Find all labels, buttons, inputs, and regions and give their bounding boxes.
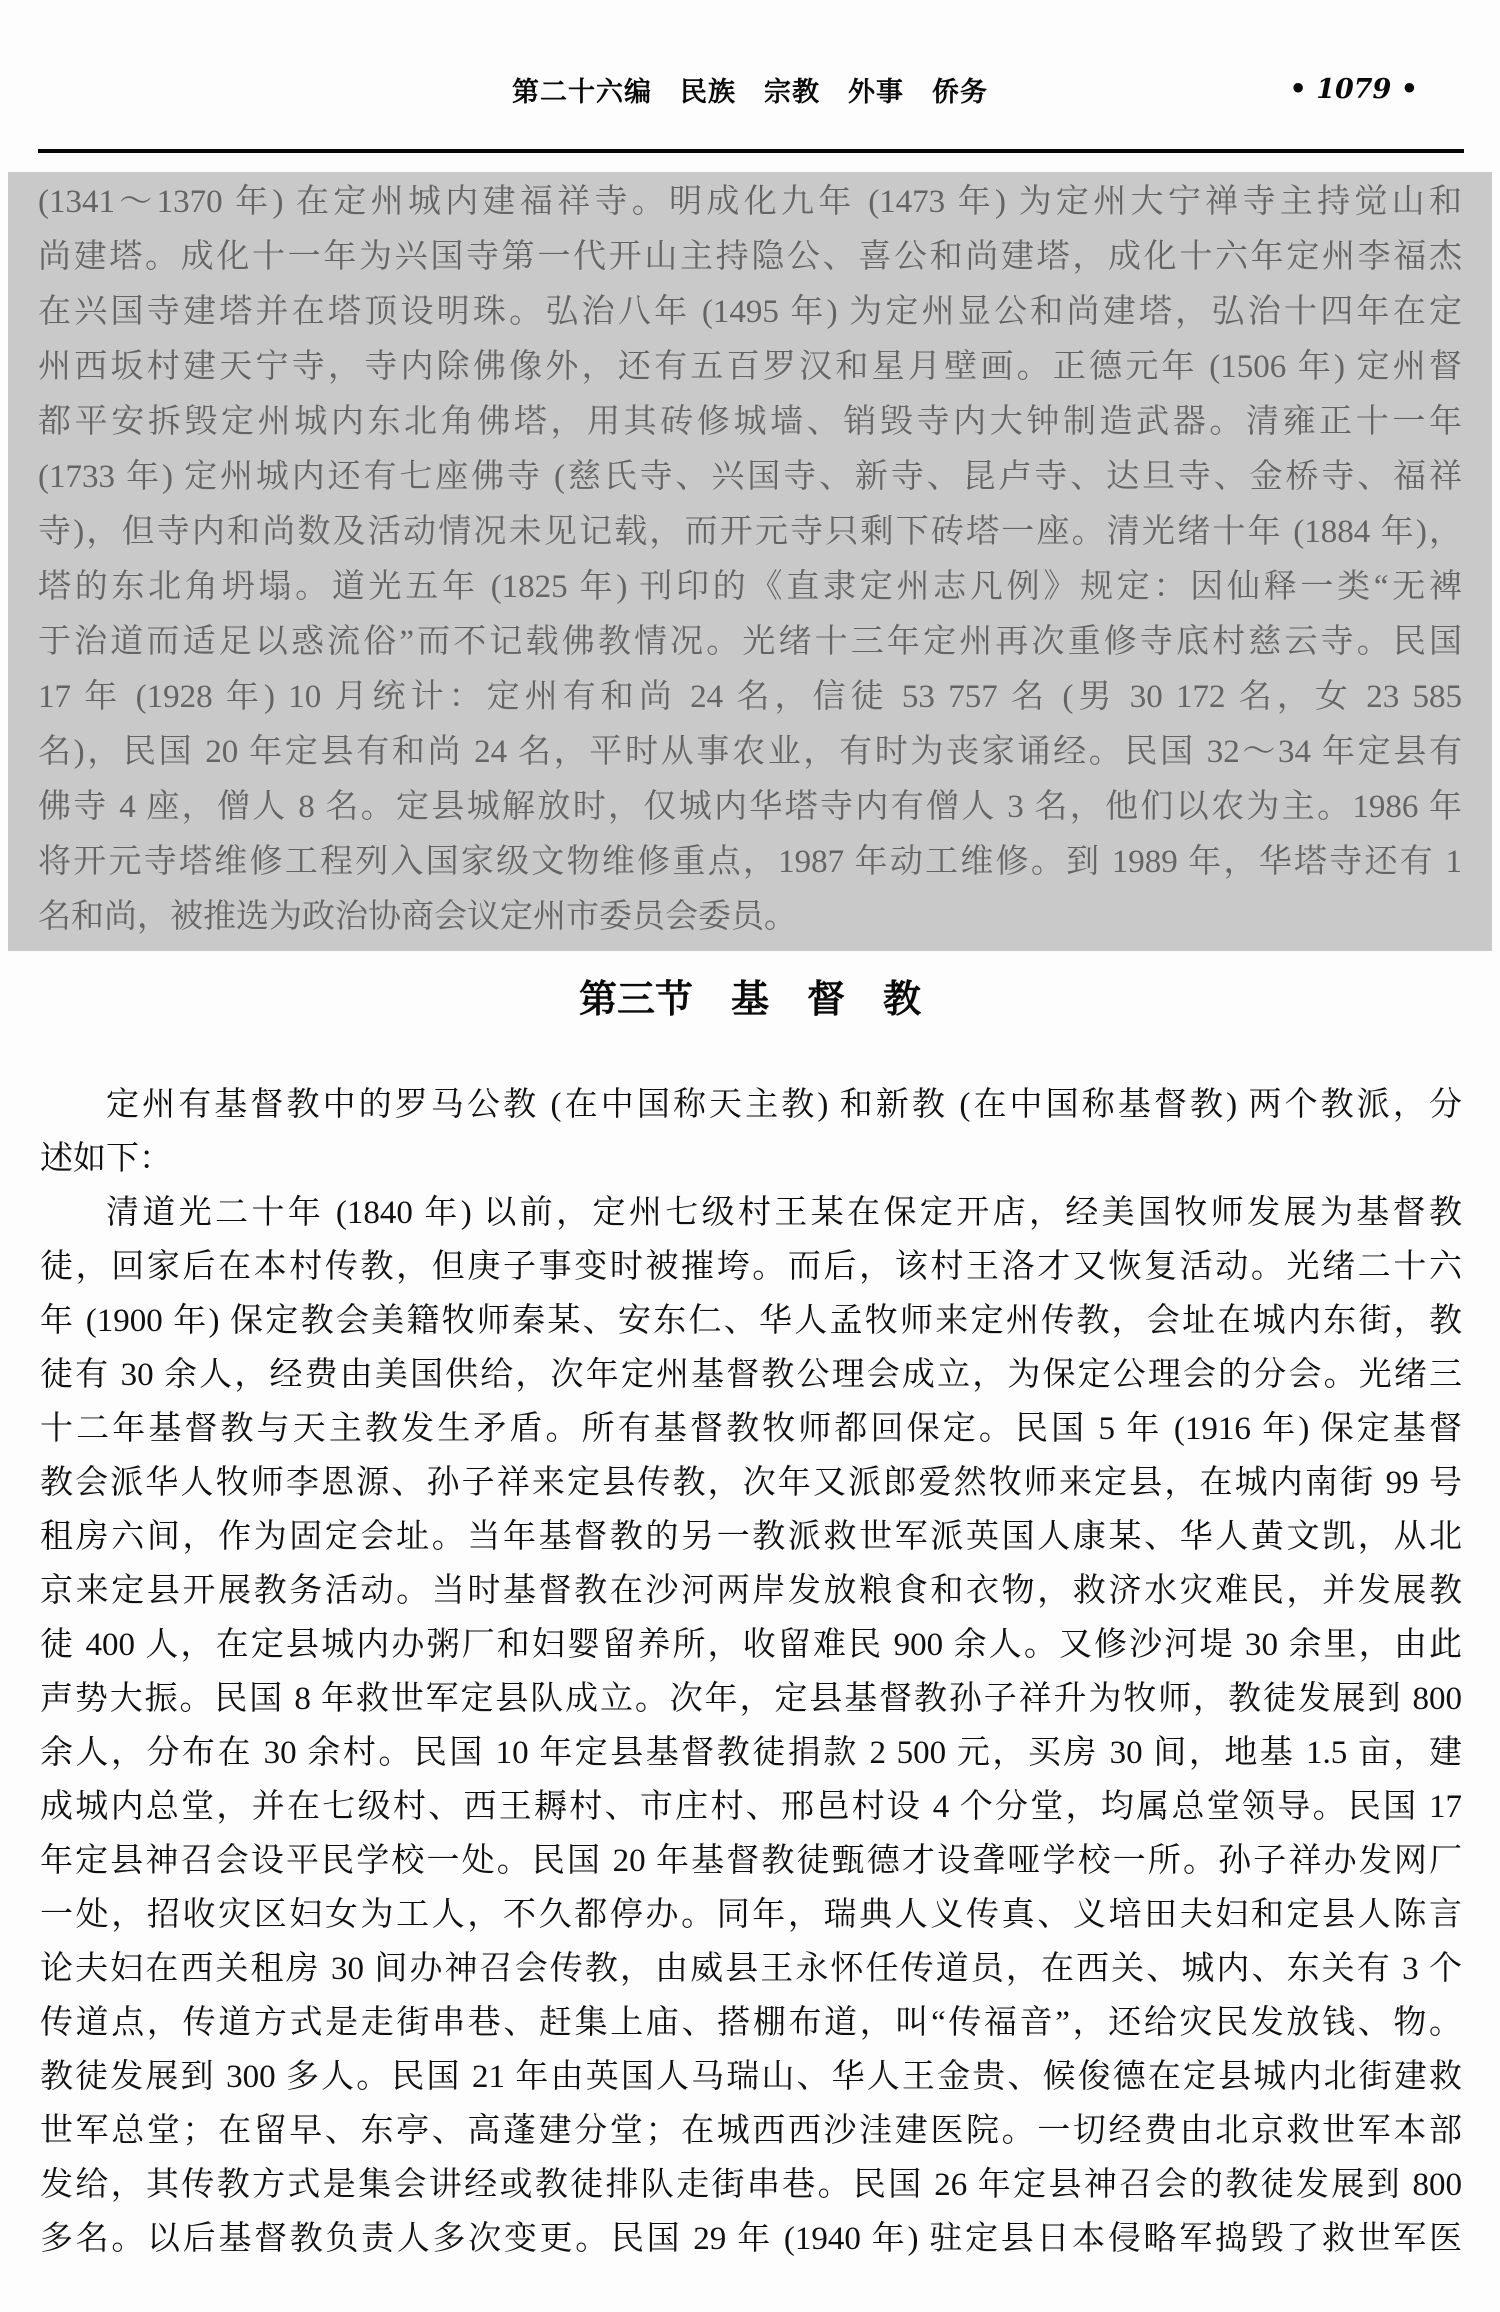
header-rule <box>38 149 1464 153</box>
paragraph-history: 清道光二十年 (1840 年) 以前，定州七级村王某在保定开店，经美国牧师发展为… <box>40 1186 1462 2266</box>
text-line: 寺)，但寺内和尚数及活动情况未见记载，而开元寺只剩下砖塔一座。清光绪十年 (18… <box>38 505 1462 560</box>
text-line: 十二年基督教与天主教发生矛盾。所有基督教牧师都回保定。民国 5 年 (1916 … <box>40 1402 1462 1456</box>
text-line: 一处，招收灾区妇女为工人，不久都停办。同年，瑞典人义传真、义培田夫妇和定县人陈言 <box>40 1888 1462 1942</box>
text-line: 述如下： <box>40 1132 1462 1186</box>
text-line: 徒，回家后在本村传教，但庚子事变时被摧垮。而后，该村王洛才又恢复活动。光绪二十六 <box>40 1240 1462 1294</box>
text-line: 世军总堂；在留早、东亭、高蓬建分堂；在城西西沙洼建医院。一切经费由北京救世军本部 <box>40 2104 1462 2158</box>
text-line: 尚建塔。成化十一年为兴国寺第一代开山主持隐公、喜公和尚建塔，成化十六年定州李福杰 <box>38 230 1462 285</box>
text-line: 17 年 (1928 年) 10 月统计：定州有和尚 24 名，信徒 53 75… <box>38 670 1462 725</box>
text-line: 徒有 30 余人，经费由美国供给，次年定州基督教公理会成立，为保定公理会的分会。… <box>40 1348 1462 1402</box>
text-line: 多名。以后基督教负责人多次变更。民国 29 年 (1940 年) 驻定县日本侵略… <box>40 2212 1462 2266</box>
document-page: 第二十六编 民族 宗教 外事 侨务 • 1079 • (1341～1370 年)… <box>0 0 1500 2312</box>
text-line: 名)，民国 20 年定县有和尚 24 名，平时从事农业，有时为丧家诵经。民国 3… <box>38 725 1462 780</box>
text-line: 佛寺 4 座，僧人 8 名。定县城解放时，仅城内华塔寺内有僧人 3 名，他们以农… <box>38 780 1462 835</box>
section-title: 第三节 基 督 教 <box>0 968 1500 1023</box>
text-line: 定州有基督教中的罗马公教 (在中国称天主教) 和新教 (在中国称基督教) 两个教… <box>40 1078 1462 1132</box>
text-line: 都平安拆毁定州城内东北角佛塔，用其砖修城墙、销毁寺内大钟制造武器。清雍正十一年 <box>38 395 1462 450</box>
text-line: 年 (1900 年) 保定教会美籍牧师秦某、安东仁、华人孟牧师来定州传教，会址在… <box>40 1294 1462 1348</box>
text-line: 租房六间，作为固定会址。当年基督教的另一教派救世军派英国人康某、华人黄文凯，从北 <box>40 1510 1462 1564</box>
text-line: 塔的东北角坍塌。道光五年 (1825 年) 刊印的《直隶定州志凡例》规定：因仙释… <box>38 560 1462 615</box>
text-line: 在兴国寺建塔并在塔顶设明珠。弘治八年 (1495 年) 为定州显公和尚建塔，弘治… <box>38 285 1462 340</box>
text-line: 论夫妇在西关租房 30 间办神召会传教，由威县王永怀任传道员，在西关、城内、东关… <box>40 1942 1462 1996</box>
text-line: (1733 年) 定州城内还有七座佛寺 (慈氏寺、兴国寺、新寺、昆卢寺、达旦寺、… <box>38 450 1462 505</box>
paragraph-intro: 定州有基督教中的罗马公教 (在中国称天主教) 和新教 (在中国称基督教) 两个教… <box>40 1078 1462 1186</box>
text-line: 于治道而适足以惑流俗”而不记载佛教情况。光绪十三年定州再次重修寺底村慈云寺。民国 <box>38 615 1462 670</box>
text-line: 发给，其传教方式是集会讲经或教徒排队走街串巷。民国 26 年定县神召会的教徒发展… <box>40 2158 1462 2212</box>
text-line: 州西坂村建天宁寺，寺内除佛像外，还有五百罗汉和星月壁画。正德元年 (1506 年… <box>38 340 1462 395</box>
text-line: 教会派华人牧师李恩源、孙子祥来定县传教，次年又派郎爱然牧师来定县，在城内南街 9… <box>40 1456 1462 1510</box>
text-line: 名和尚，被推选为政治协商会议定州市委员会委员。 <box>38 890 1462 945</box>
body-text: 定州有基督教中的罗马公教 (在中国称天主教) 和新教 (在中国称基督教) 两个教… <box>40 1078 1462 2266</box>
page-header: 第二十六编 民族 宗教 外事 侨务 • 1079 • <box>0 70 1500 110</box>
page-number: • 1079 • <box>1290 74 1418 105</box>
text-line: 京来定县开展教务活动。当时基督教在沙河两岸发放粮食和衣物，救济水灾难民，并发展教 <box>40 1564 1462 1618</box>
text-line: 传道点，传道方式是走街串巷、赶集上庙、搭棚布道，叫“传福音”，还给灾民发放钱、物… <box>40 1996 1462 2050</box>
text-line: 年定县神召会设平民学校一处。民国 20 年基督教徒甄德才设聋哑学校一所。孙子祥办… <box>40 1834 1462 1888</box>
text-line: 成城内总堂，并在七级村、西王耨村、市庄村、邢邑村设 4 个分堂，均属总堂领导。民… <box>40 1780 1462 1834</box>
text-line: 声势大振。民国 8 年救世军定县队成立。次年，定县基督教孙子祥升为牧师，教徒发展… <box>40 1672 1462 1726</box>
text-line: 教徒发展到 300 多人。民国 21 年由英国人马瑞山、华人王金贵、候俊德在定县… <box>40 2050 1462 2104</box>
text-line: 将开元寺塔维修工程列入国家级文物维修重点，1987 年动工维修。到 1989 年… <box>38 835 1462 890</box>
previous-page-overflow-paragraph: (1341～1370 年) 在定州城内建福祥寺。明成化九年 (1473 年) 为… <box>8 172 1492 951</box>
text-line: 清道光二十年 (1840 年) 以前，定州七级村王某在保定开店，经美国牧师发展为… <box>40 1186 1462 1240</box>
chapter-header-title: 第二十六编 民族 宗教 外事 侨务 <box>0 70 1500 109</box>
text-line: 余人，分布在 30 余村。民国 10 年定县基督教徒捐款 2 500 元，买房 … <box>40 1726 1462 1780</box>
text-line: 徒 400 人，在定县城内办粥厂和妇婴留养所，收留难民 900 余人。又修沙河堤… <box>40 1618 1462 1672</box>
text-line: (1341～1370 年) 在定州城内建福祥寺。明成化九年 (1473 年) 为… <box>38 175 1462 230</box>
